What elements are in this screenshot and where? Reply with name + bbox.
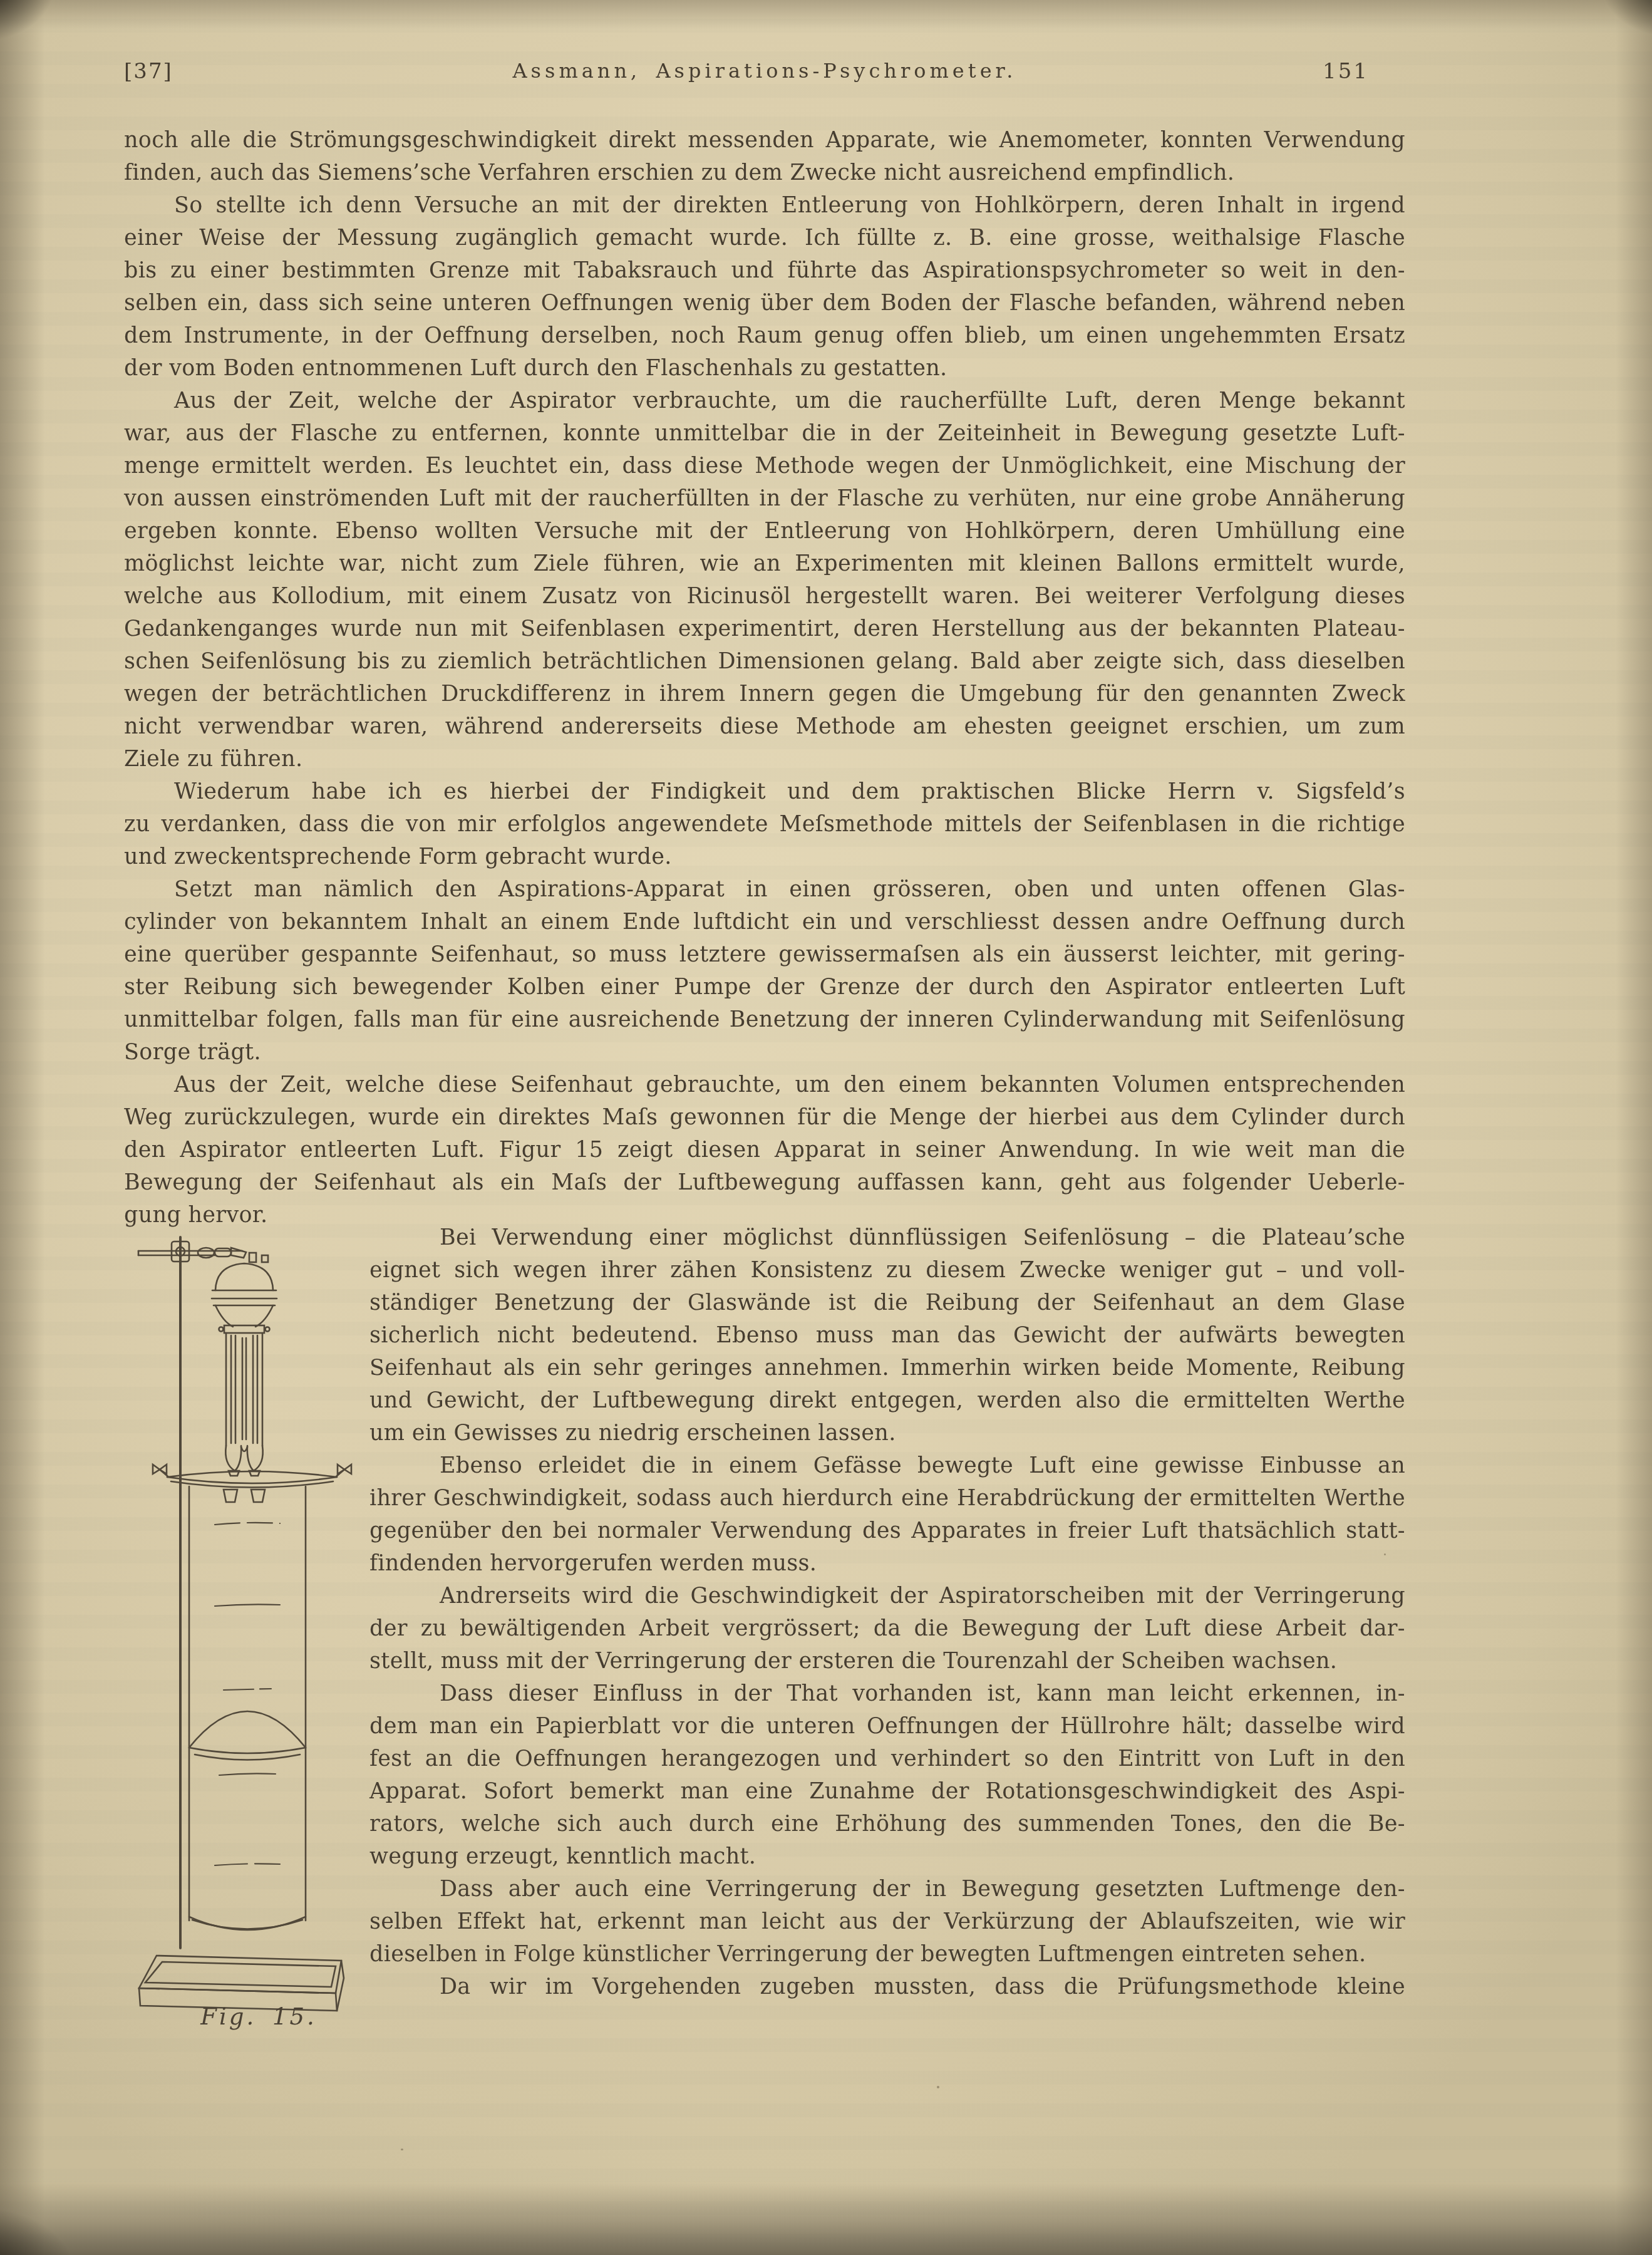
header-page-number: 151 (1323, 59, 1369, 84)
text-line: rators, welche sich auch durch eine Erhö… (369, 1808, 1405, 1840)
text-line: ständiger Benetzung der Glaswände ist di… (369, 1287, 1405, 1319)
text-line: Apparat. Sofort bemerkt man eine Zunahme… (369, 1775, 1405, 1808)
text-line: möglichst leichte war, nicht zum Ziele f… (124, 547, 1405, 580)
text-line: dieselben in Folge künstlicher Verringer… (369, 1938, 1405, 1971)
text-line: Setzt man nämlich den Aspirations-Appara… (124, 873, 1405, 906)
text-line: noch alle die Strömungsgeschwindigkeit d… (124, 124, 1405, 157)
text-line: ergeben konnte. Ebenso wollten Versuche … (124, 515, 1405, 547)
text-line: ster Reibung sich bewegender Kolben eine… (124, 971, 1405, 1003)
text-line: wegen der beträchtlichen Druckdifferenz … (124, 678, 1405, 710)
scan-corner-shadow-bottomleft (0, 2117, 200, 2255)
text-line: So stellte ich denn Versuche an mit der … (124, 189, 1405, 222)
level-marks (215, 1523, 280, 1865)
text-line: der zu bewältigenden Arbeit vergrössert;… (369, 1612, 1405, 1645)
text-line: um ein Gewisses zu niedrig erscheinen la… (369, 1417, 1405, 1449)
text-line: Sorge trägt. (124, 1036, 1405, 1069)
text-line: zu verdanken, dass die von mir erfolglos… (124, 808, 1405, 841)
page-edge-shadow-top (0, 0, 1652, 29)
cylinder-mouth (189, 1917, 306, 1930)
text-line: der vom Boden entnommenen Luft durch den… (124, 352, 1405, 385)
text-line: Ziele zu führen. (124, 743, 1405, 775)
drip-tray (139, 1956, 344, 2011)
text-line: Wiederum habe ich es hierbei der Findigk… (124, 775, 1405, 808)
text-line: den Aspirator entleerten Luft. Figur 15 … (124, 1134, 1405, 1166)
text-line: dem man ein Papierblatt vor die unteren … (369, 1710, 1405, 1743)
text-line: gegenüber den bei normaler Verwendung de… (369, 1515, 1405, 1547)
text-line: von aussen einströmenden Luft mit der ra… (124, 482, 1405, 515)
psychrometer-tubes (225, 1333, 262, 1476)
text-line: Da wir im Vorgehenden zugeben mussten, d… (369, 1971, 1405, 2003)
text-line: sicherlich nicht bedeutend. Ebenso muss … (369, 1319, 1405, 1352)
text-line: nicht verwendbar waren, während anderers… (124, 710, 1405, 743)
column-text-block: Bei Verwendung einer möglichst dünnflüss… (369, 1221, 1405, 2003)
text-line: Aus der Zeit, welche der Aspirator verbr… (124, 385, 1405, 417)
text-line: Dass dieser Einfluss in der That vorhand… (369, 1677, 1405, 1710)
text-line: schen Seifenlösung bis zu ziemlich beträ… (124, 645, 1405, 678)
text-line: Aus der Zeit, welche diese Seifenhaut ge… (124, 1069, 1405, 1101)
text-line: unmittelbar folgen, falls man für eine a… (124, 1003, 1405, 1036)
text-line: Weg zurückzulegen, wurde ein direktes Ma… (124, 1101, 1405, 1134)
text-line: selben Effekt hat, erkennt man leicht au… (369, 1905, 1405, 1938)
text-line: Dass aber auch eine Verringerung der in … (369, 1873, 1405, 1905)
page-edge-shadow-left (0, 0, 45, 2255)
header-running-title: Assmann, Aspirations-Psychrometer. (124, 59, 1405, 83)
text-line: Bewegung der Seifenhaut als ein Maſs der… (124, 1166, 1405, 1199)
page-edge-shadow-right (1616, 0, 1652, 2255)
text-line: menge ermittelt werden. Es leuchtet ein,… (124, 450, 1405, 482)
apparatus-figure (135, 1228, 369, 2048)
text-line: Gedankenganges wurde nun mit Seifenblase… (124, 613, 1405, 645)
text-line: findenden hervorgerufen werden muss. (369, 1547, 1405, 1580)
psychrometer-head (212, 1253, 277, 1333)
text-line: Bei Verwendung einer möglichst dünnflüss… (369, 1221, 1405, 1254)
text-line: welche aus Kollodium, mit einem Zusatz v… (124, 580, 1405, 613)
text-line: dem Instrumente, in der Oeffnung derselb… (124, 319, 1405, 352)
text-line: finden, auch das Siemens’sche Verfahren … (124, 157, 1405, 189)
text-line: eine querüber gespannte Seifenhaut, so m… (124, 938, 1405, 971)
soap-film-dome (189, 1711, 306, 1760)
figure-block: Fig. 15. (135, 1228, 369, 2048)
text-line: und Gewicht, der Luftbewegung direkt ent… (369, 1384, 1405, 1417)
page-bottom-edge (0, 2181, 1652, 2255)
paper-speck (937, 2086, 939, 2088)
text-line: stellt, muss mit der Verringerung der er… (369, 1645, 1405, 1677)
text-line: Seifenhaut als ein sehr geringes annehme… (369, 1352, 1405, 1384)
text-line: ihrer Geschwindigkeit, sodass auch hierd… (369, 1482, 1405, 1515)
scan-corner-shadow-topright (1514, 0, 1652, 119)
paper-speck (401, 2149, 403, 2150)
page-header: [37] Assmann, Aspirations-Psychrometer. … (124, 59, 1405, 89)
text-line: wegung erzeugt, kenntlich macht. (369, 1840, 1405, 1873)
text-line: Ebenso erleidet die in einem Gefässe bew… (369, 1449, 1405, 1482)
text-line: und zweckentsprechende Form gebracht wur… (124, 841, 1405, 873)
text-line: selben ein, dass sich seine unteren Oeff… (124, 287, 1405, 319)
text-line: einer Weise der Messung zugänglich gemac… (124, 222, 1405, 254)
glass-cylinder (189, 1486, 306, 1921)
clamp-arm (138, 1242, 246, 1262)
text-line: Andrerseits wird die Geschwindigkeit der… (369, 1580, 1405, 1612)
text-line: cylinder von bekanntem Inhalt an einem E… (124, 906, 1405, 938)
text-line: war, aus der Flasche zu entfernen, konnt… (124, 417, 1405, 450)
body-text-block: noch alle die Strömungsgeschwindigkeit d… (124, 124, 1405, 1231)
text-line: fest an die Oeffnungen herangezogen und … (369, 1743, 1405, 1775)
figure-caption: Fig. 15. (190, 2003, 328, 2030)
text-line: bis zu einer bestimmten Grenze mit Tabak… (124, 254, 1405, 287)
text-line: eignet sich wegen ihrer zähen Konsistenz… (369, 1254, 1405, 1287)
scanned-book-page: [37] Assmann, Aspirations-Psychrometer. … (0, 0, 1652, 2255)
